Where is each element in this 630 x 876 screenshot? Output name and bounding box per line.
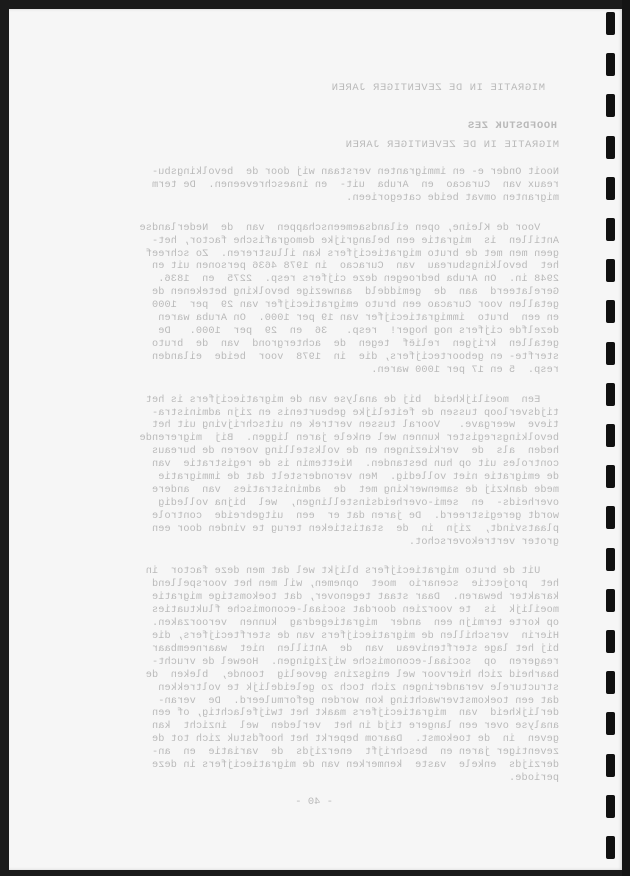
text-line: bij het lage sterfteniveau van de Antill… <box>69 644 559 657</box>
text-line: heden als de verkiezingen en de volkstel… <box>69 446 559 459</box>
text-line: periode. <box>69 773 559 786</box>
text-line: Voor de Kleine, open eilandsaemeenschapp… <box>69 223 559 236</box>
binding-hole <box>606 12 615 35</box>
text-line: 2948 in. On Aruba bedroegen deze cijfers… <box>69 274 559 287</box>
text-line: Antillen is migratie een belangrijke dem… <box>69 236 559 249</box>
text-line: dezelfde cijfers nog hoger! resp. 36 en … <box>69 326 559 339</box>
scanned-page: MIGRATIE IN DE ZEVENTIGER JAREN HOOFDSTU… <box>9 9 623 870</box>
body-text: Nooit Onder e- en immigranten verstaan w… <box>69 167 559 803</box>
text-line: het bevolkingsbureau van Curacao in 1978… <box>69 261 559 274</box>
binding-hole <box>606 630 615 653</box>
binding-hole <box>606 383 615 406</box>
text-line: structurele veranderingen zich toch zo g… <box>69 683 559 696</box>
text-line: analyse over een langere tijd in het ver… <box>69 721 559 734</box>
text-line: zeventiger jaren en beschrijft enerzijds… <box>69 747 559 760</box>
text-line: tieve weergave. Vooral tussen vertrek en… <box>69 420 559 433</box>
binding-hole <box>606 589 615 612</box>
paragraph: Een moeilijkheid bij de analyse van de m… <box>69 395 559 550</box>
text-line: tijdsverloop tussen de feitelijke gebeur… <box>69 408 559 421</box>
binding-hole <box>606 506 615 529</box>
binding-hole <box>606 795 615 818</box>
text-line: getallen voor Curacao een bruto emigrati… <box>69 300 559 313</box>
binding-hole <box>606 136 615 159</box>
binding-hole <box>606 218 615 241</box>
chapter-title: MIGRATIE IN DE ZEVENTIGER JAREN <box>345 139 559 151</box>
text-line: de emigratie niet volledig. Men veronder… <box>69 472 559 485</box>
text-line: controles uit op hun bestanden. Niettemi… <box>69 459 559 472</box>
running-head: MIGRATIE IN DE ZEVENTIGER JAREN <box>285 82 545 94</box>
binding-hole <box>606 53 615 76</box>
text-line: Uit de bruto migratiecijfers blijkt wel … <box>69 566 559 579</box>
binding-hole <box>606 465 615 488</box>
text-line: karakter bewaren. Daar staat tegenover, … <box>69 592 559 605</box>
binding-hole <box>606 712 615 735</box>
text-line: sterfte- en geboortecijfers, die in 1978… <box>69 352 559 365</box>
text-line: derlijkheid van migratiecijfers maakt he… <box>69 708 559 721</box>
text-line: Gerelateerd aan de gemiddeld aanwezige b… <box>69 287 559 300</box>
binding-hole <box>606 754 615 777</box>
text-line: op korte termijn een ander migratiegedra… <box>69 618 559 631</box>
text-line: baarheid zich hiervoor wel enigszins gev… <box>69 670 559 683</box>
binding-hole <box>606 177 615 200</box>
binding-hole <box>606 424 615 447</box>
text-line: reaux van Curacao en Aruba uit- en inaes… <box>69 180 559 193</box>
text-line: en een bruto immigratiecijfer van 19 per… <box>69 313 559 326</box>
binding-hole <box>606 259 615 282</box>
page-number: - 40 - <box>295 796 333 808</box>
text-line: wordt geregistreerd. De jaren dat er een… <box>69 511 559 524</box>
text-line: plaatsvindt, zijn in de statistieken ter… <box>69 524 559 537</box>
binding-hole <box>606 671 615 694</box>
text-line: migranten omvat beide categorieen. <box>69 193 559 206</box>
text-line: dat een toekomstverwachting kon worden g… <box>69 696 559 709</box>
binding-hole <box>606 836 615 859</box>
text-line: mede dankzij de samenwerking met de admi… <box>69 485 559 498</box>
text-line: Hierin verschillen de migratiecijfers va… <box>69 631 559 644</box>
text-line: overheids- en semi-overheidsinstellingen… <box>69 498 559 511</box>
text-line: bevolkingsregister kunnen wel enkele jar… <box>69 433 559 446</box>
text-line: derzijds enkele vaste kenmerken van de m… <box>69 760 559 773</box>
text-line: geven in de toekomst. Daarom beperkt het… <box>69 734 559 747</box>
text-line: Nooit Onder e- en immigranten verstaan w… <box>69 167 559 180</box>
binding-hole <box>606 94 615 117</box>
text-line: moeilijk is te voorzien doordat sociaal-… <box>69 605 559 618</box>
paragraph: Uit de bruto migratiecijfers blijkt wel … <box>69 566 559 785</box>
chapter-label: HOOFDSTUK ZES <box>467 120 557 132</box>
binding-holes <box>570 0 630 876</box>
text-line: resp. 5 en 17 per 1000 waren. <box>69 365 559 378</box>
text-line: getallen krijgen reliëf tegen de achterg… <box>69 339 559 352</box>
text-line: Een moeilijkheid bij de analyse van de m… <box>69 395 559 408</box>
binding-hole <box>606 548 615 571</box>
paragraph: Nooit Onder e- en immigranten verstaan w… <box>69 167 559 206</box>
paragraph: Voor de Kleine, open eilandsaemeenschapp… <box>69 223 559 378</box>
text-line: het projectie scenario moet opnemen, wil… <box>69 579 559 592</box>
text-line: reageren op sociaal-economische wijzigin… <box>69 657 559 670</box>
binding-hole <box>606 300 615 323</box>
binding-hole <box>606 342 615 365</box>
text-line: groter vertrekoverschot. <box>69 537 559 550</box>
mirrored-bleed-through-text: MIGRATIE IN DE ZEVENTIGER JAREN HOOFDSTU… <box>9 9 623 870</box>
text-line: geen men met de bruto migratiecijfers ka… <box>69 249 559 262</box>
